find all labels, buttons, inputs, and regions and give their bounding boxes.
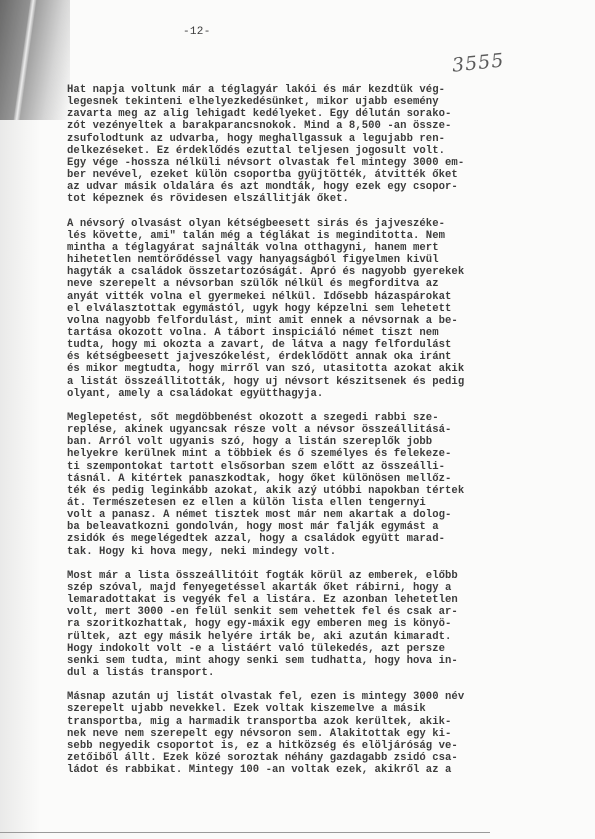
typewritten-body: Hat napja voltunk már a téglagyár lakói … xyxy=(67,84,567,788)
text-line: ban. Arról volt ugyanis szó, hogy a list… xyxy=(67,436,567,448)
text-line: volt a panasz. A német tisztek most már … xyxy=(67,509,567,521)
text-line: replése, akinek ugyancsak része volt a n… xyxy=(67,424,567,436)
text-line: tot képeznek és rövidesen elszállitják ő… xyxy=(67,193,567,205)
text-line: hagyták a családok összetartozóságát. Ap… xyxy=(67,266,567,278)
text-line: neve szerepelt a névsorban szülők nélkül… xyxy=(67,278,567,290)
text-line: lés követte, ami" talán még a téglákat i… xyxy=(67,230,567,242)
text-line: ra szoritkozhattak, hogy egy-máxik egy e… xyxy=(67,618,567,630)
text-line: ba beleavatkozni gondolván, hogy most má… xyxy=(67,521,567,533)
text-line: Másnap azután uj listát olvastak fel, ez… xyxy=(67,691,567,703)
text-line: Egy vége -hossza nélküli névsort olvasta… xyxy=(67,157,567,169)
text-line: Most már a lista összeállitóit fogták kö… xyxy=(67,570,567,582)
text-line: transportba, mig a harmadik transportba … xyxy=(67,716,567,728)
text-line: tak. Hogy ki hova megy, neki mindegy vol… xyxy=(67,546,567,558)
text-line: zót vezényeltek a barakparancsnokok. Min… xyxy=(67,120,567,132)
text-line: senki sem tudta, mint ahogy senki sem tu… xyxy=(67,655,567,667)
text-line: zsidók és megelégedtek azzal, hogy a csa… xyxy=(67,533,567,545)
text-line: szerepelt ujabb nevekkel. Ezek voltak ki… xyxy=(67,703,567,715)
text-line: át. Természetesen ez ellen a külön lista… xyxy=(67,497,567,509)
paragraph: Meglepetést, sőt megdöbbenést okozott a … xyxy=(67,412,567,558)
handwritten-archive-number: 3555 xyxy=(451,49,505,76)
text-line: dul a listás transport. xyxy=(67,667,567,679)
scan-margin-fade xyxy=(0,120,40,839)
text-line: sebb negyedik csoportot is, ez a hitközs… xyxy=(67,740,567,752)
text-line: zetőiből állt. Ezek közé soroztak néhány… xyxy=(67,752,567,764)
text-line: hihetetlen nemtörődéssel vagy hanyagságb… xyxy=(67,254,567,266)
text-line: rültek, azt egy másik helyére irták be, … xyxy=(67,631,567,643)
text-line: zavarta meg az alig lehigadt kedélyeket.… xyxy=(67,108,567,120)
scan-bottom-edge xyxy=(0,832,490,833)
text-line: ládot és rabbikat. Mintegy 100 -an volta… xyxy=(67,764,567,776)
text-line: ték és pedig leginkább azokat, akik azý … xyxy=(67,485,567,497)
paragraph: A névsorý olvasást olyan kétségbeesett s… xyxy=(67,218,567,400)
text-line: legesnek tekinteni elhelyezkedésünket, m… xyxy=(67,96,567,108)
text-line: szép szóval, majd fenyegetéssel akarták … xyxy=(67,582,567,594)
text-line: anyát vitték volna el gyermekei nélkül. … xyxy=(67,291,567,303)
text-line: el elválasztottak egymástól, ugyk hogy k… xyxy=(67,303,567,315)
text-line: az udvar másik oldalára és azt mondták, … xyxy=(67,181,567,193)
text-line: Meglepetést, sőt megdöbbenést okozott a … xyxy=(67,412,567,424)
text-line: Hogy indokolt volt -e a listáért való tü… xyxy=(67,643,567,655)
paragraph: Most már a lista összeállitóit fogták kö… xyxy=(67,570,567,679)
document-page: -12- 3555 Hat napja voltunk már a téglag… xyxy=(0,0,595,839)
page-number: -12- xyxy=(183,26,211,38)
text-line: olyant, amely a családokat együtthagyja. xyxy=(67,388,567,400)
text-line: ti szempontokat tartott elsősorban szem … xyxy=(67,461,567,473)
text-line: helyekre kerülnek mint a többiek és ő sz… xyxy=(67,448,567,460)
paragraph: Másnap azután uj listát olvastak fel, ez… xyxy=(67,691,567,776)
scan-binding-shadow xyxy=(0,0,70,120)
text-line: tartása okozott volna. A tábort inspiciá… xyxy=(67,327,567,339)
text-line: és kétségbeesett jajveszókelést, érdeklő… xyxy=(67,351,567,363)
text-line: Hat napja voltunk már a téglagyár lakói … xyxy=(67,84,567,96)
text-line: tásnál. A kitértek panaszkodtak, hogy ők… xyxy=(67,473,567,485)
text-line: volt, mert 3000 -en felül senkit sem veh… xyxy=(67,606,567,618)
text-line: nek neve nem szerepelt egy névsoron sem.… xyxy=(67,728,567,740)
text-line: zsufolodtunk az udvarba, hogy meghallgas… xyxy=(67,133,567,145)
text-line: A névsorý olvasást olyan kétségbeesett s… xyxy=(67,218,567,230)
paragraph: Hat napja voltunk már a téglagyár lakói … xyxy=(67,84,567,206)
text-line: a listát összeállitották, hogy uj névsor… xyxy=(67,376,567,388)
text-line: volna nagyobb felfordulást, mint amit en… xyxy=(67,315,567,327)
text-line: ber nevével, ezeket külön csoportba gyüj… xyxy=(67,169,567,181)
text-line: delkezéseket. Ez érdeklődés ezuttal telj… xyxy=(67,145,567,157)
text-line: és mikor megtudta, hogy mirről van szó, … xyxy=(67,363,567,375)
text-line: lemaradottakat is vegyék fel a listára. … xyxy=(67,594,567,606)
text-line: mintha a téglagyárat sajnálták volna ott… xyxy=(67,242,567,254)
text-line: tudta, hogy mi okozta a zavart, de látva… xyxy=(67,339,567,351)
